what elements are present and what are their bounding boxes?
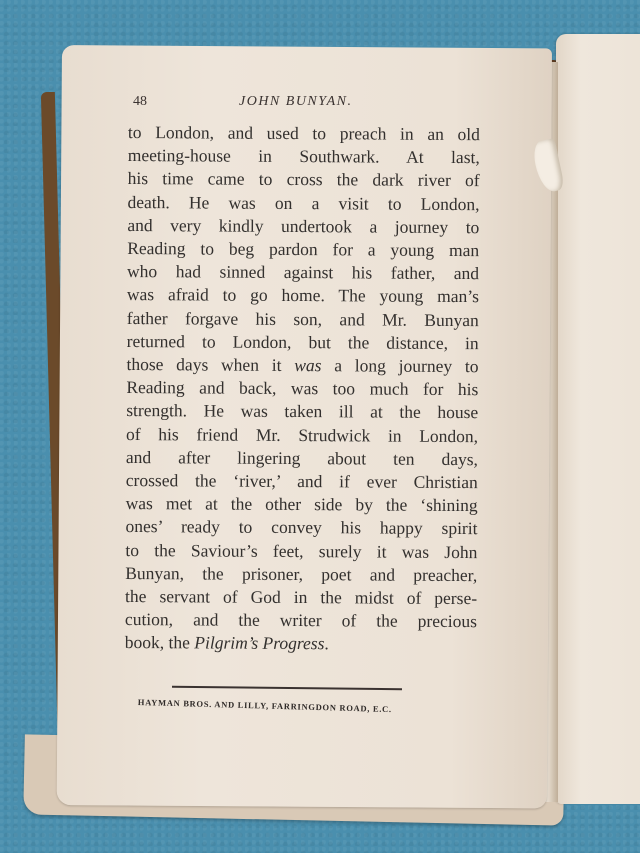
text-line: the servant of God in the midst of perse…	[125, 585, 477, 610]
text-line: and very kindly undertook a journey to	[127, 214, 479, 239]
text-line: Bunyan, the prisoner, poet and preacher,	[125, 562, 477, 587]
text-line: strength. He was taken ill at the house	[126, 399, 478, 424]
running-title: JOHN BUNYAN.	[239, 94, 352, 110]
text-line: meeting-house in Southwark. At last,	[128, 144, 480, 169]
text-line: those days when it was a long journey to	[126, 353, 478, 378]
text-line: returned to London, but the distance, in	[127, 330, 479, 355]
text-line: father forgave his son, and Mr. Bunyan	[127, 307, 479, 332]
page-number: 48	[133, 94, 147, 110]
text-line: to the Saviour’s feet, surely it was Joh…	[125, 539, 477, 564]
text-line: ones’ ready to convey his happy spirit	[125, 515, 477, 540]
text-line: his time came to cross the dark river of	[128, 167, 480, 192]
text-line: Reading and back, was too much for his	[126, 376, 478, 401]
text-line: who had sinned against his father, and	[127, 260, 479, 285]
text-line: and after lingering about ten days,	[126, 446, 478, 471]
text-line: was met at the other side by the ‘shinin…	[126, 492, 478, 517]
italic-text: Pilgrim’s Progress	[194, 633, 324, 654]
text-line: to London, and used to preach in an old	[128, 121, 480, 146]
text-line: of his friend Mr. Strudwick in London,	[126, 423, 478, 448]
text-line: was afraid to go home. The young man’s	[127, 283, 479, 308]
text-line: book, the Pilgrim’s Progress.	[125, 631, 477, 656]
right-page	[556, 34, 640, 804]
text-line: Reading to beg pardon for a young man	[127, 237, 479, 262]
body-text: to London, and used to preach in an oldm…	[125, 121, 480, 657]
italic-text: was	[294, 355, 321, 375]
text-line: death. He was on a visit to London,	[127, 191, 479, 216]
text-line: cution, and the writer of the precious	[125, 608, 477, 633]
text-line: crossed the ‘river,’ and if ever Christi…	[126, 469, 478, 494]
running-head: 48 JOHN BUNYAN.	[133, 94, 473, 114]
